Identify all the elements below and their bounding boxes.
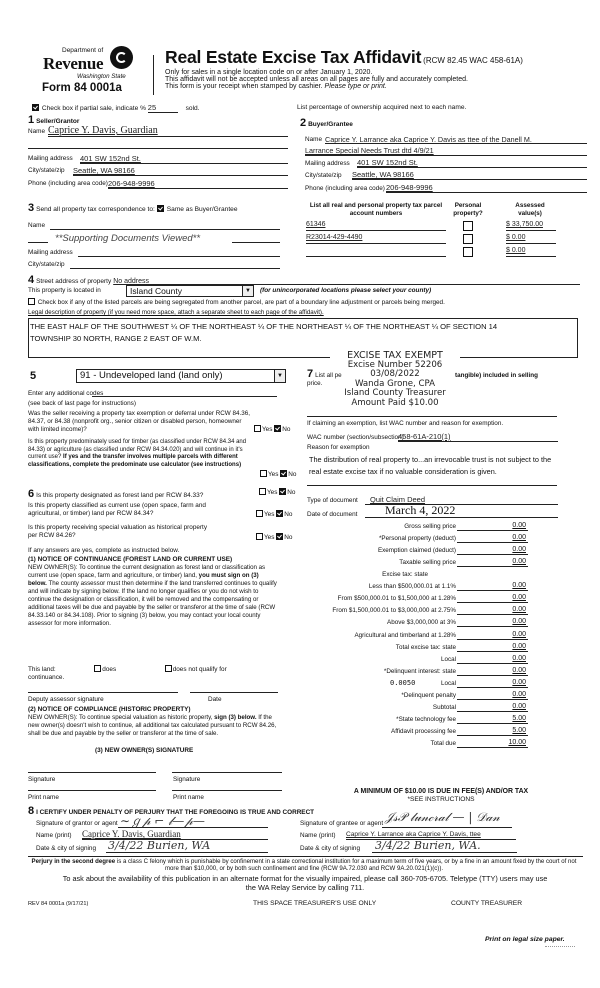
header-note-3-italic: Please type or print. xyxy=(325,83,387,90)
assessed-col-header: Assessed value(s) xyxy=(505,202,555,217)
form-title-ref: (RCW 82.45 WAC 458-61A) xyxy=(423,56,523,65)
s6-q1-yes-checkbox[interactable] xyxy=(259,488,266,495)
legal-description-line2: TOWNSHIP 30 NORTH, RANGE 2 EAST OF W.M. xyxy=(30,333,576,345)
tax-row-value[interactable]: 0.00 xyxy=(512,643,526,650)
s6-q2-no-checkbox[interactable] xyxy=(276,510,283,517)
grantee-signature[interactable]: 𝒥𝓈𝒫 𝓁𝓊𝓃𝒸𝓇𝒶𝓁 — | 𝒟𝒶𝓃 xyxy=(385,810,595,826)
tax-row-value[interactable]: 10.00 xyxy=(508,739,526,746)
tax-row: *Delinquent interest: state0.00 xyxy=(310,668,528,678)
tax-row: Affidavit processing fee5.00 xyxy=(310,728,528,738)
accessibility-note: To ask about the availability of this pu… xyxy=(60,875,550,892)
tax-row-value[interactable]: 0.00 xyxy=(512,655,526,662)
tax-row: Total due10.00 xyxy=(310,740,528,750)
exemption-reason[interactable]: The distribution of real property to...a… xyxy=(309,454,559,478)
chevron-down-icon: ▼ xyxy=(274,370,285,382)
partial-sale-row: Check box if partial sale, indicate % 25… xyxy=(32,103,200,113)
buyer-mailing[interactable]: 401 SW 152nd St. xyxy=(357,158,418,167)
page-number xyxy=(545,945,575,947)
personal-property-checkbox[interactable] xyxy=(463,247,473,257)
dor-logo: Department of Revenue Washington State F… xyxy=(40,47,160,97)
tax-row-value[interactable]: 0.00 xyxy=(512,558,526,565)
s6-q2-yes-checkbox[interactable] xyxy=(256,510,263,517)
tax-row-value[interactable]: 0.00 xyxy=(512,606,526,613)
tax-row: Excise tax: state xyxy=(310,571,528,581)
parcel-col-header: List all real and personal property tax … xyxy=(306,202,446,217)
grantor-date-city[interactable]: 3/4/22 Burien, WA xyxy=(108,839,210,852)
seller-phone[interactable]: 206-948-9996 xyxy=(108,179,155,188)
tax-row: *Delinquent penalty0.00 xyxy=(310,692,528,702)
tax-row: Taxable selling price0.00 xyxy=(310,559,528,569)
tax-row-label: Local xyxy=(441,656,456,663)
tax-row-value[interactable]: 0.00 xyxy=(512,546,526,553)
tax-row: Local0.00 xyxy=(310,656,528,666)
s5-q2-no-checkbox[interactable] xyxy=(280,470,287,477)
buyer-phone[interactable]: 206-948-9996 xyxy=(386,183,433,192)
tax-row-value[interactable]: 0.00 xyxy=(512,667,526,674)
assessed-value[interactable]: $ 0.00 xyxy=(506,234,525,241)
tax-row-label: From $500,000.01 to $1,500,000 at 1.28% xyxy=(338,595,456,602)
wa-logo-icon xyxy=(110,46,133,69)
revenue-wordmark: Revenue xyxy=(43,54,103,74)
partial-sale-checkbox[interactable] xyxy=(32,104,39,111)
tax-row: Gross selling price0.00 xyxy=(310,523,528,533)
land-use-code-select[interactable]: 91 - Undeveloped land (land only) ▼ xyxy=(76,369,286,383)
document-date[interactable]: March 4, 2022 xyxy=(385,503,455,518)
tax-row-value[interactable]: 0.00 xyxy=(512,703,526,710)
s5-q1-answers: Yes No xyxy=(254,425,290,433)
tax-row-value[interactable]: 0.00 xyxy=(512,631,526,638)
tax-row-label: Above $3,000,000 at 3% xyxy=(387,619,456,626)
ownership-note: List percentage of ownership acquired ne… xyxy=(297,104,466,111)
tax-row-label: *Delinquent interest: state xyxy=(384,668,456,675)
tax-row-value[interactable]: 0.00 xyxy=(512,691,526,698)
supporting-docs-note: **Supporting Documents Viewed** xyxy=(55,233,200,244)
tax-row-value[interactable]: 5.00 xyxy=(512,727,526,734)
tax-row-value[interactable]: 5.00 xyxy=(512,715,526,722)
tax-row: Above $3,000,000 at 3%0.00 xyxy=(310,619,528,629)
tax-row-label: Subtotal xyxy=(433,704,456,711)
tax-row: Local0.00 xyxy=(310,680,528,690)
minimum-due-note: A MINIMUM OF $10.00 IS DUE IN FEE(S) AND… xyxy=(296,788,586,795)
tax-row-label: *State technology fee xyxy=(396,716,456,723)
assessed-value[interactable]: $ 0.00 xyxy=(506,247,525,254)
s6-q3-no-checkbox[interactable] xyxy=(276,533,283,540)
tax-row-value[interactable]: 0.00 xyxy=(512,522,526,529)
tax-row: Less than $500,000.01 at 1.1%0.00 xyxy=(310,583,528,593)
tax-row: *State technology fee5.00 xyxy=(310,716,528,726)
tax-row: *Personal property (deduct)0.00 xyxy=(310,535,528,545)
personal-col-header: Personal property? xyxy=(448,202,488,217)
perjury-note: Perjury in the second degree is a class … xyxy=(24,858,584,873)
buyer-heading: Buyer/Grantee xyxy=(308,121,353,128)
tax-row-label: Total due xyxy=(430,740,456,747)
land-does-not-checkbox[interactable] xyxy=(165,665,172,672)
tax-row-label: Local xyxy=(441,680,456,687)
header-note-3: This form is your receipt when stamped b… xyxy=(165,83,323,90)
s5-q2-yes-checkbox[interactable] xyxy=(260,470,267,477)
tax-row: From $1,500,000.01 to $3,000,000 at 2.75… xyxy=(310,607,528,617)
tax-row: Exemption claimed (deduct)0.00 xyxy=(310,547,528,557)
treasurer-use-label: THIS SPACE TREASURER'S USE ONLY xyxy=(253,900,376,907)
tax-row-value[interactable]: 0.00 xyxy=(512,534,526,541)
seller-city[interactable]: Seattle, WA 98166 xyxy=(73,166,135,175)
seller-name[interactable]: Caprice Y. Davis, Guardian xyxy=(48,125,158,136)
s6-q2-answers: Yes No xyxy=(256,510,292,518)
segregated-checkbox[interactable] xyxy=(28,298,35,305)
county-select[interactable]: Island County ▼ xyxy=(126,285,254,297)
wac-number[interactable]: 458-61A-210(1) xyxy=(398,432,451,441)
tax-row-label: Gross selling price xyxy=(404,523,456,530)
s6-q1-answers: Yes No xyxy=(259,488,295,496)
tax-row-label: From $1,500,000.01 to $3,000,000 at 2.75… xyxy=(332,607,456,614)
grantee-print-name[interactable]: Caprice Y. Larrance aka Caprice Y. Davis… xyxy=(346,831,481,838)
tax-row-label: Exemption claimed (deduct) xyxy=(378,547,456,554)
partial-sale-percent[interactable]: 25 xyxy=(148,103,178,113)
s6-q1-no-checkbox[interactable] xyxy=(279,488,286,495)
s5-q1-yes-checkbox[interactable] xyxy=(254,425,261,432)
tax-row-label: *Delinquent penalty xyxy=(401,692,456,699)
county-treasurer-label: COUNTY TREASURER xyxy=(451,900,522,907)
same-as-buyer-checkbox[interactable] xyxy=(157,205,164,212)
tax-row: Total excise tax: state0.00 xyxy=(310,644,528,654)
form-title: Real Estate Excise Tax Affidavit xyxy=(165,47,421,67)
personal-property-checkbox[interactable] xyxy=(463,234,473,244)
tax-row-label: Excise tax: state xyxy=(382,571,428,578)
buyer-name-line2[interactable]: Larrance Special Needs Trust dtd 4/9/21 xyxy=(305,146,434,155)
washington-state-text: Washington State xyxy=(77,73,126,80)
seller-heading: Seller/Grantor xyxy=(36,118,79,125)
tax-row-value[interactable]: 0.00 xyxy=(512,618,526,625)
local-rate: 0.0050 xyxy=(390,679,415,687)
tax-row-label: Affidavit processing fee xyxy=(391,728,456,735)
form-title-block: Real Estate Excise Tax Affidavit (RCW 82… xyxy=(165,47,595,90)
tax-row: From $500,000.01 to $1,500,000 at 1.28%0… xyxy=(310,595,528,605)
parcel-number[interactable]: R23014-429-4490 xyxy=(306,234,362,241)
tax-row-value[interactable]: 0.00 xyxy=(512,582,526,589)
s5-q1-no-checkbox[interactable] xyxy=(274,425,281,432)
tax-row: Agricultural and timberland at 1.28%0.00 xyxy=(310,632,528,642)
personal-property-checkbox[interactable] xyxy=(463,221,473,231)
legal-description-line1: THE EAST HALF OF THE SOUTHWEST ¼ OF THE … xyxy=(30,321,576,333)
grantee-date-city[interactable]: 3/4/22 Burien, WA. xyxy=(375,839,481,852)
land-does-checkbox[interactable] xyxy=(94,665,101,672)
assessed-value[interactable]: $ 33,750.00 xyxy=(506,221,543,228)
dept-of-text: Department of xyxy=(62,47,103,54)
tax-row-label: Less than $500,000.01 at 1.1% xyxy=(369,583,456,590)
chevron-down-icon: ▼ xyxy=(242,286,253,296)
legal-paper-note: Print on legal size paper. xyxy=(485,936,565,943)
form-number: Form 84 0001a xyxy=(42,82,122,94)
buyer-city[interactable]: Seattle, WA 98166 xyxy=(352,170,414,179)
grantor-signature[interactable]: ∼ℊ𝓅 ⌐ 𝓁—𝓅— xyxy=(120,812,265,826)
seller-mailing[interactable]: 401 SW 152nd St. xyxy=(80,154,141,163)
revision-label: REV 84 0001a (9/17/21) xyxy=(28,901,88,907)
header-divider xyxy=(153,55,154,95)
tax-row-label: Agricultural and timberland at 1.28% xyxy=(354,632,456,639)
tax-row-label: Total excise tax: state xyxy=(396,644,456,651)
grantor-print-name[interactable]: Caprice Y. Davis, Guardian xyxy=(82,829,181,839)
tax-row-value[interactable]: 0.00 xyxy=(512,679,526,686)
s6-q3-answers: Yes No xyxy=(256,533,292,541)
s5-q2-answers: Yes No xyxy=(260,470,296,478)
header-note-2: This affidavit will not be accepted unle… xyxy=(165,76,595,83)
tax-row-value[interactable]: 0.00 xyxy=(512,594,526,601)
legal-description-box[interactable]: THE EAST HALF OF THE SOUTHWEST ¼ OF THE … xyxy=(28,318,578,358)
tax-row: Subtotal0.00 xyxy=(310,704,528,714)
parcel-number[interactable]: 61346 xyxy=(306,221,325,228)
tax-row-label: Taxable selling price xyxy=(399,559,456,566)
s6-q3-yes-checkbox[interactable] xyxy=(256,533,263,540)
header-note-1: Only for sales in a single location code… xyxy=(165,69,595,76)
tax-row-label: *Personal property (deduct) xyxy=(379,535,456,542)
excise-exempt-stamp: EXCISE TAX EXEMPT Excise Number 52206 03… xyxy=(330,351,460,409)
